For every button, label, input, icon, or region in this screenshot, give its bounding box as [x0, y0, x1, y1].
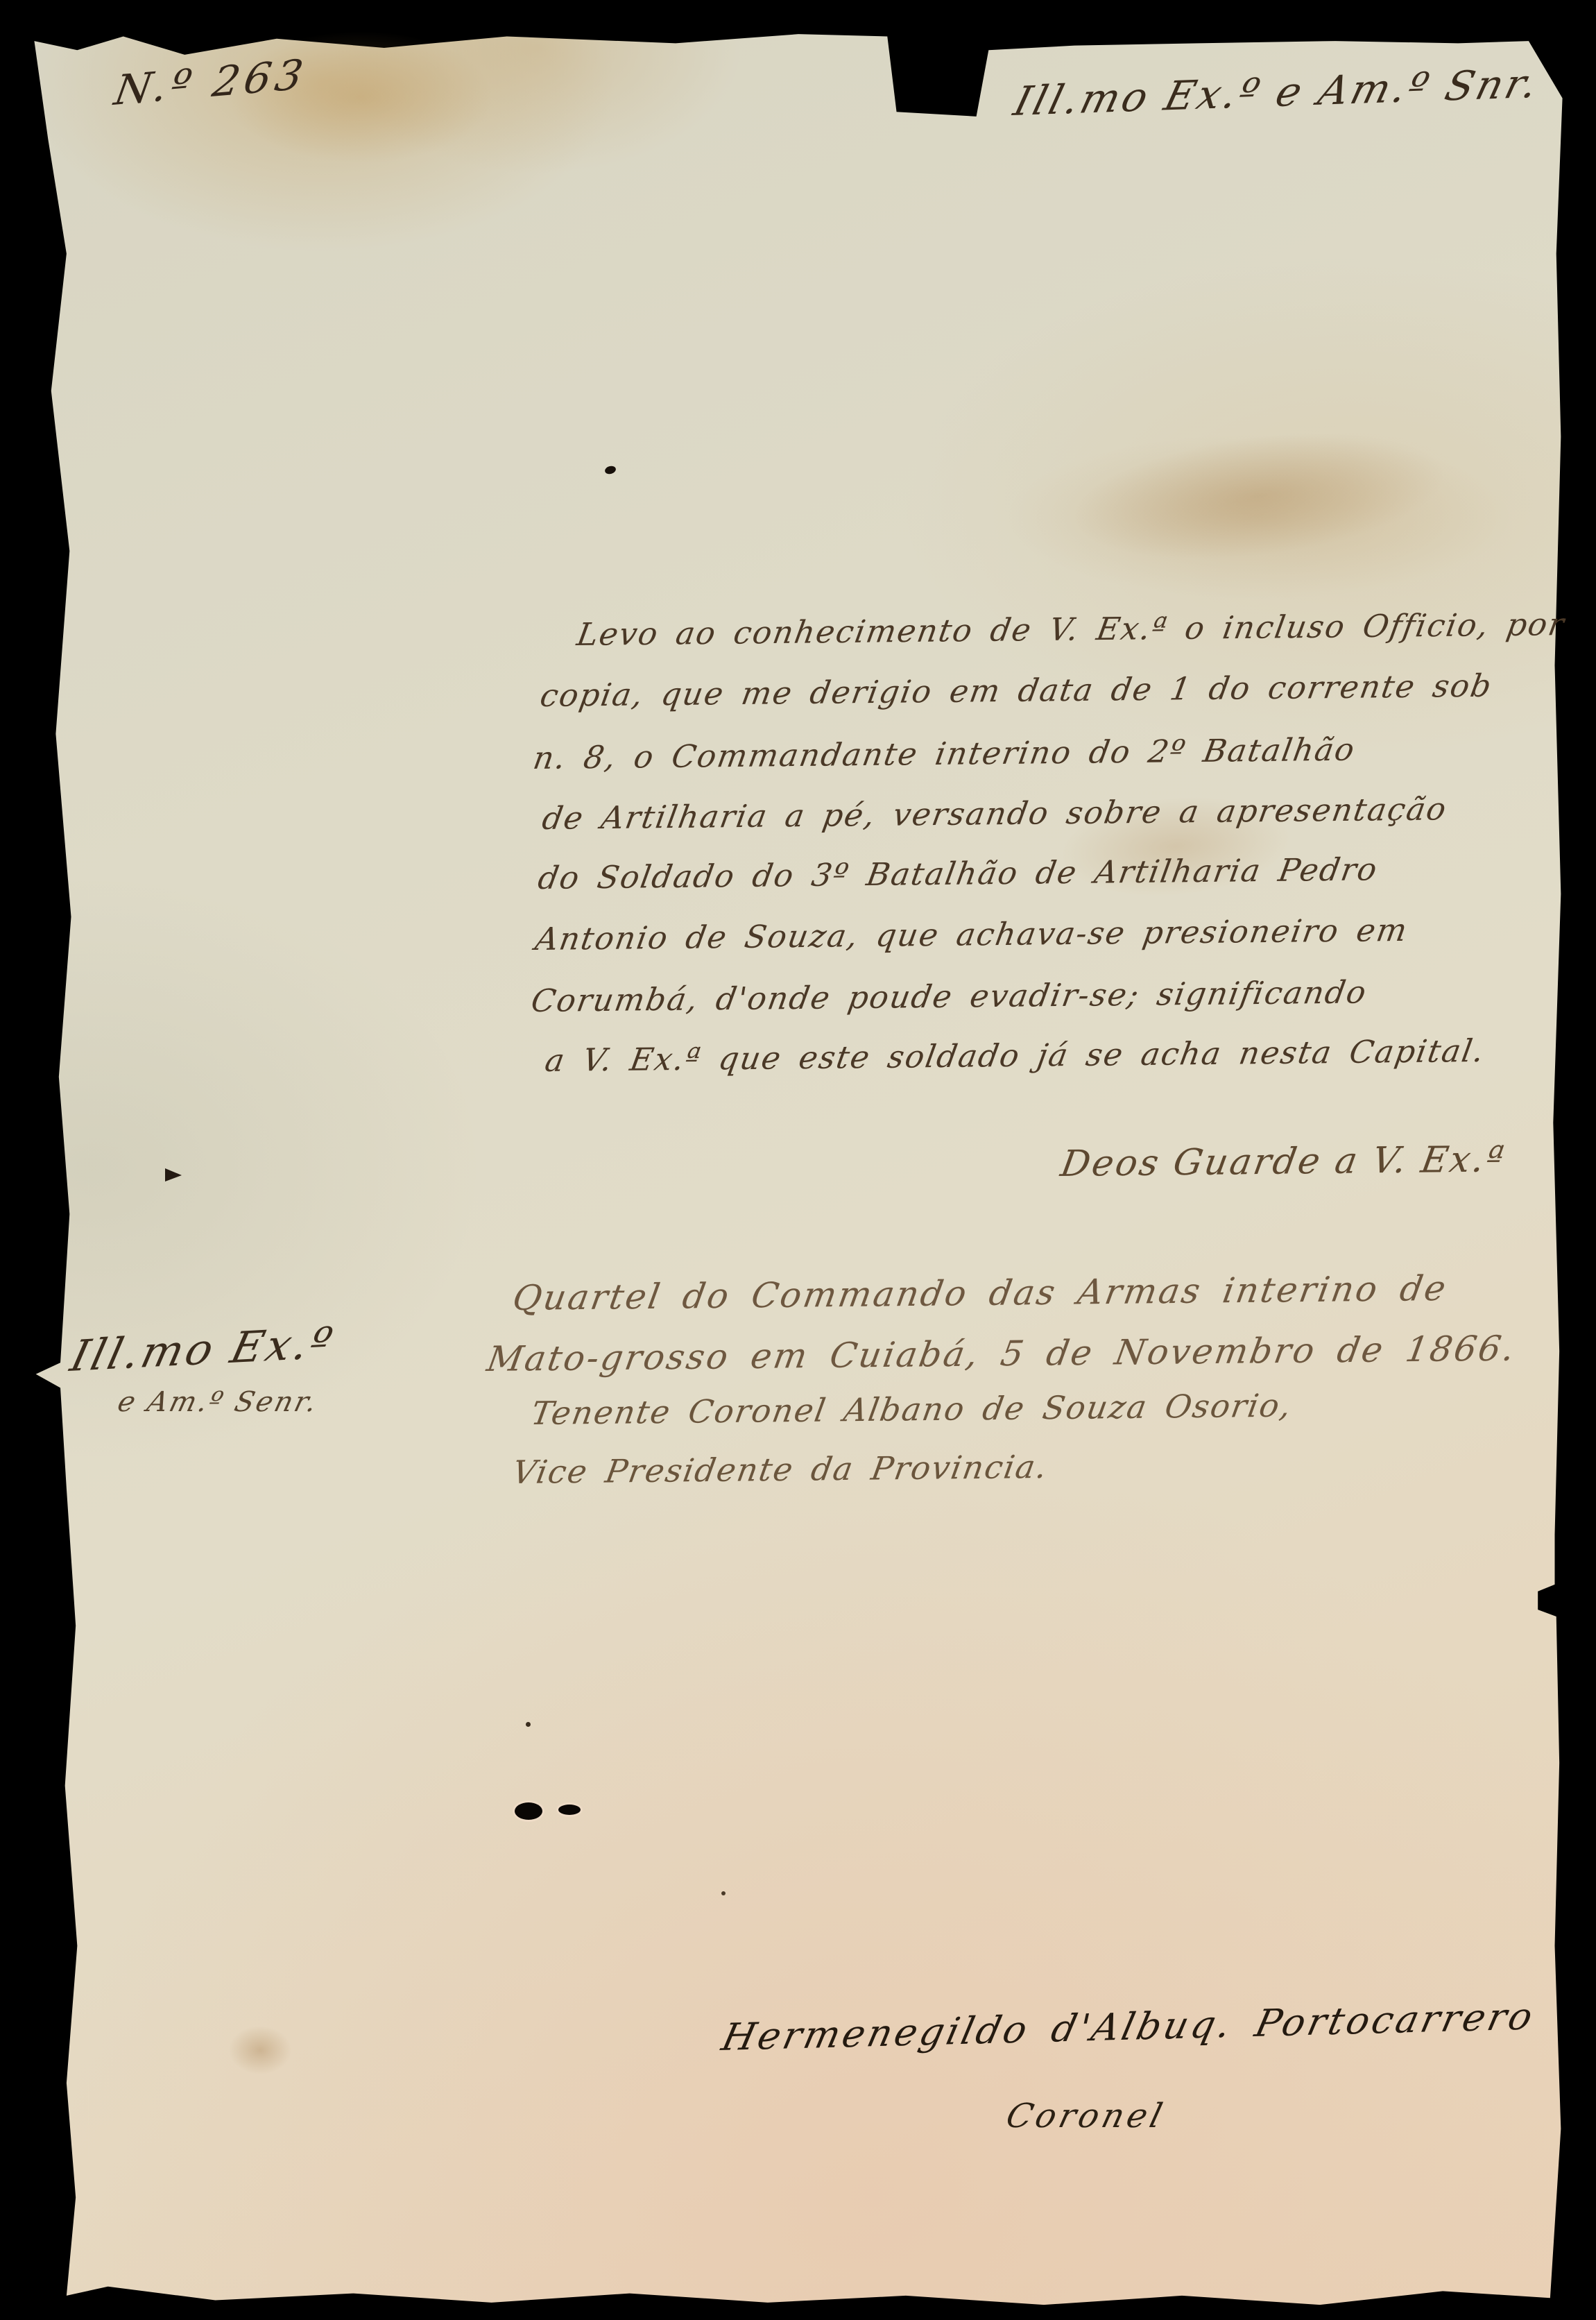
body-line: do Soldado do 3º Batalhão de Artilharia … — [535, 851, 1381, 896]
valediction: Deos Guarde a V. Ex.ª — [1058, 1138, 1509, 1185]
body-line: Antonio de Souza, que achava-se presione… — [533, 912, 1411, 957]
signature-name: Hermenegildo d'Albuq. Portocarrero — [718, 1995, 1539, 2059]
scanned-letter-page: N.º 263 Ill.mo Ex.º e Am.º Snr. Levo ao … — [0, 0, 1596, 2320]
document-number: N.º 263 — [111, 51, 311, 115]
body-line: de Artilharia a pé, versando sobre a apr… — [540, 790, 1450, 837]
addressee-line-2: Vice Presidente da Provincia. — [510, 1448, 1051, 1491]
body-line: Corumbá, d'onde poude evadir-se; signifi… — [529, 973, 1370, 1019]
addressee-script-line-1: Ill.mo Ex.º — [66, 1317, 340, 1381]
signature-rank: Coronel — [1002, 2097, 1169, 2135]
body-line: copia, que me derigio em data de 1 do co… — [538, 667, 1495, 714]
dateline-line-1: Quartel do Commando das Armas interino d… — [510, 1268, 1450, 1318]
addressee-line-1: Tenente Coronel Albano de Souza Osorio, — [529, 1387, 1295, 1432]
addressee-script-line-2: e Am.º Senr. — [114, 1386, 322, 1418]
body-line: n. 8, o Commandante interino do 2º Batal… — [531, 731, 1358, 776]
dateline-line-2: Mato-grosso em Cuiabá, 5 de Novembro de … — [484, 1329, 1519, 1379]
handwriting-layer: N.º 263 Ill.mo Ex.º e Am.º Snr. Levo ao … — [0, 0, 1596, 2320]
body-line: a V. Ex.ª que este soldado já se acha ne… — [542, 1032, 1488, 1079]
salutation: Ill.mo Ex.º e Am.º Snr. — [1009, 60, 1545, 125]
body-line: Levo ao conhecimento de V. Ex.ª o inclus… — [574, 606, 1568, 653]
